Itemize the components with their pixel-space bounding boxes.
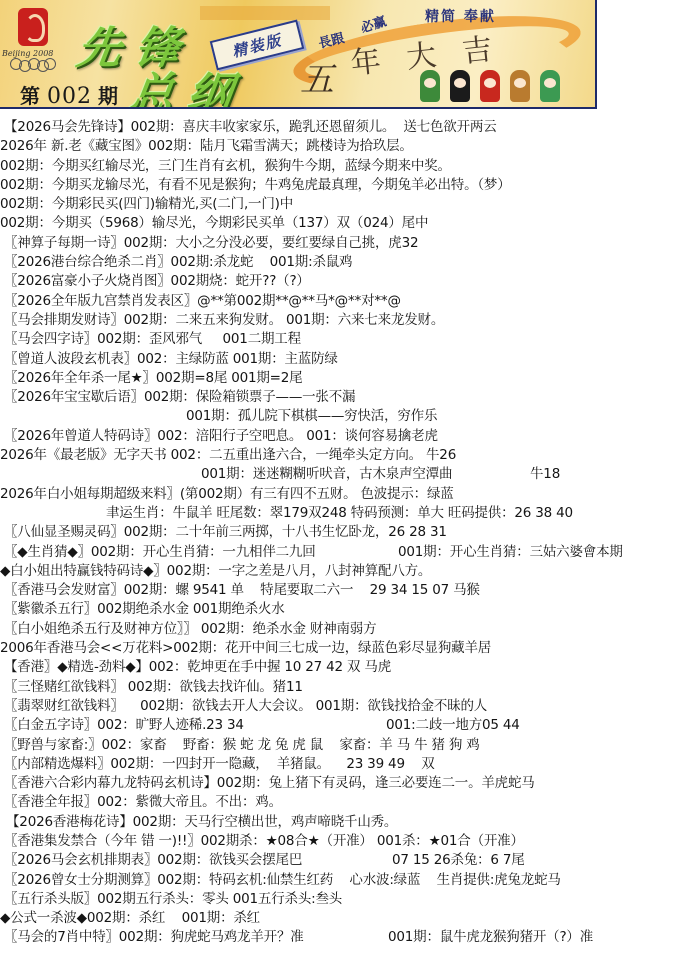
fuwa-mascots [420,70,560,102]
text-line-segment: 002期：今期买红输尽光，三门生肖有玄机，猴狗牛今期，蓝绿今期来中奖。 [0,157,451,176]
text-line: 2006年香港马会<<万花料>002期：花开中间三七成一边，绿蓝色彩尽显狗藏羊居 [0,639,688,658]
prediction-list: 【2026马会先锋诗】002期：喜庆丰收家家乐，跪乳还恩留须儿。 送七色欲开两云… [0,118,688,948]
text-line-segment: 〖紫徽杀五行〗002期绝杀水金 001期绝杀火水 [4,600,285,619]
mascot-icon [540,70,560,102]
text-line-segment: 〖马会四字诗〗002期：歪风邪气 001二期工程 [4,330,301,349]
text-line-segment: 001:二歧一地方05 44 [386,716,520,735]
text-line-segment: 〖野兽与家畜:〗002：家畜 野畜：猴 蛇 龙 兔 虎 鼠 家畜：羊 马 牛 猪… [4,736,480,755]
text-line: 001期：孤儿院下棋棋——穷快活，穷作乐 [0,407,688,426]
text-line: 〖香港马会发财富〗002期：螺 9541 单 特尾要取二六一 29 34 15 … [0,581,688,600]
text-line-segment: 001期：迷迷糊糊听吠音，古木泉声空潭曲 [201,465,452,484]
text-line: 〖三怪赌红欲钱料〗 002期：欲钱去找许仙。猪11 [0,678,688,697]
text-line-segment: 〖白小姐绝杀五行及财神方位〗〗 002期：绝杀水金 财神南弱方 [4,620,376,639]
issue-prefix: 第 [20,84,41,108]
text-line: 〖白小姐绝杀五行及财神方位〗〗 002期：绝杀水金 财神南弱方 [0,620,688,639]
text-line-segment: 牛18 [530,465,560,484]
header-banner: Beijing 2008 先锋 总纲 精装版 長跟 必赢 精简 奉献 年大吉 五… [0,0,597,109]
edition-badge: 精装版 [210,20,305,71]
text-line: 〖内部精选爆料〗002期：一四封开一隐藏， 羊猪鼠。 23 39 49 双 [0,755,688,774]
text-line-segment: 〖三怪赌红欲钱料〗 002期：欲钱去找许仙。猪11 [4,678,303,697]
text-line: 【香港〗◆精选-劲料◆】002：乾坤更在手中握 10 27 42 双 马虎 [0,658,688,677]
text-line-segment: 2006年香港马会<<万花料>002期：花开中间三七成一边，绿蓝色彩尽显狗藏羊居 [0,639,491,658]
text-line-segment: 〖香港集发禁合（今年 错 一)!!〗002期杀：★08合★（开准） 001杀：★… [4,832,524,851]
text-line: 2026年《最老版》无字天书 002：二五重出逢六合，一绳牵头定方向。 牛26 [0,446,688,465]
text-line-segment: 〖2026马会玄机排期表〗002期：欲钱买会摆尾巴 [4,851,302,870]
slogan-top: 精简 奉献 [425,6,496,26]
text-line-segment: 〖2026全年版九宫禁肖发表区〗@**第002期**@**马*@**对**@ [4,292,401,311]
text-line-segment: 〖翡翠财红欲钱料〗 002期：欲钱去开人大会议。 001期：欲钱找拾金不昧的人 [4,697,487,716]
mascot-icon [420,70,440,102]
text-line-segment: 07 15 26杀兔：6 7尾 [392,851,525,870]
text-line: 【2026香港梅花诗】002期：天马行空横出世，鸡声啼晓千山秀。 [0,813,688,832]
text-line: 【2026马会先锋诗】002期：喜庆丰收家家乐，跪乳还恩留须儿。 送七色欲开两云 [0,118,688,137]
text-line: 〖八仙显圣赐灵码〗002期：二十年前三两掷，十八书生忆卧龙，26 28 31 [0,523,688,542]
text-line-segment: 2026年 新.老《藏宝图》002期：陆月飞霜雪满天；跳楼诗为拾玖层。 [0,137,413,156]
text-line: 〖神算子每期一诗〗002期：大小之分没必要，要红要绿自己挑，虎32 [0,234,688,253]
text-line: 002期：今期买（5968）输尽光，今期彩民买单（137）双（024）尾中 [0,214,688,233]
text-line-segment: 【2026马会先锋诗】002期：喜庆丰收家家乐，跪乳还恩留须儿。 送七色欲开两云 [4,118,497,137]
text-line: 〖马会四字诗〗002期：歪风邪气 001二期工程 [0,330,688,349]
text-line: 〖2026年曾道人特码诗〗002：涪阳行子空吧息。 001：谈何容易擒老虎 [0,427,688,446]
text-line: 〖2026年全年杀一尾★〗002期=8尾 001期=2尾 [0,369,688,388]
text-line: 〖2026港台综合绝杀二肖〗002期:杀龙蛇 001期:杀鼠鸡 [0,253,688,272]
text-line-segment: ◆白小姐出特赢钱特码诗◆〗002期：一字之差是八月，八封神算配八方。 [0,562,431,581]
text-line-segment: 【2026香港梅花诗】002期：天马行空横出世，鸡声啼晓千山秀。 [6,813,397,832]
text-line: 〖紫徽杀五行〗002期绝杀水金 001期绝杀火水 [0,600,688,619]
text-line: 〖马会的7肖中特〗002期：狗虎蛇马鸡龙羊开？准001期：鼠牛虎龙猴狗猪开（?）… [0,928,688,947]
mascot-icon [450,70,470,102]
text-line-segment: 001期：开心生肖猜：三姑六婆會本期 [398,543,623,562]
text-line-segment: 001期：孤儿院下棋棋——穷快活，穷作乐 [186,407,437,426]
text-line: 〖2026曾女士分期测算〗002期：特码玄机:仙禁生红药 心水波:绿蓝 生肖提供… [0,871,688,890]
text-line-segment: 〖内部精选爆料〗002期：一四封开一隐藏， 羊猪鼠。 23 39 49 双 [4,755,435,774]
text-line: 〖香港全年报〗002：紫微大帝且。不出：鸡。 [0,793,688,812]
text-line-segment: 〖马会排期发财诗〗002期：二来五来狗发财。 001期：六来七来龙发财。 [4,311,444,330]
text-line-segment: 2026年白小姐每期超级来料〗(第002期）有三有四不五财。 色波提示：绿蓝 [0,485,454,504]
text-line-segment: 〖五行杀头版〗002期五行杀头：零头 001五行杀头:叁头 [4,890,342,909]
text-line: 〖翡翠财红欲钱料〗 002期：欲钱去开人大会议。 001期：欲钱找拾金不昧的人 [0,697,688,716]
text-line-segment: 〖曾道人波段玄机表〗002：主绿防蓝 001期：主蓝防绿 [4,350,338,369]
text-line: 002期：今期买龙输尽光，有看不见是猴狗；牛鸡兔虎最真理，今期兔羊必出特。（梦） [0,176,688,195]
text-line: 2026年 新.老《藏宝图》002期：陆月飞霜雪满天；跳楼诗为拾玖层。 [0,137,688,156]
text-line: 〖◆生肖猜◆〗002期：开心生肖猜：一九相伴二九回001期：开心生肖猜：三姑六婆… [0,543,688,562]
issue-suffix: 期 [98,84,119,108]
text-line-segment: 〖白金五字诗〗002：旷野人迹稀.23 34 [4,716,244,735]
text-line: 聿运生肖：牛鼠羊 旺尾数：翠179双248 特码预测：单大 旺码提供：26 38… [0,504,688,523]
text-line-segment: 【香港〗◆精选-劲料◆】002：乾坤更在手中握 10 27 42 双 马虎 [4,658,391,677]
issue-label: 第002期 [20,80,119,109]
text-line: 〖2026年宝宝歇后语〗002期：保险箱锁票子——一张不漏 [0,388,688,407]
text-line-segment: 〖香港马会发财富〗002期：螺 9541 单 特尾要取二六一 29 34 15 … [4,581,480,600]
text-line: 2026年白小姐每期超级来料〗(第002期）有三有四不五财。 色波提示：绿蓝 [0,485,688,504]
text-line-segment: 〖神算子每期一诗〗002期：大小之分没必要，要红要绿自己挑，虎32 [4,234,418,253]
text-line: 〖2026全年版九宫禁肖发表区〗@**第002期**@**马*@**对**@ [0,292,688,311]
text-line-segment: 002期：今期买（5968）输尽光，今期彩民买单（137）双（024）尾中 [0,214,428,233]
beijing-olympic-emblem-icon [18,8,48,46]
olympic-rings-icon [10,58,56,70]
text-line-segment: 002期：今期买龙输尽光，有看不见是猴狗；牛鸡兔虎最真理，今期兔羊必出特。（梦） [0,176,511,195]
text-line: 〖马会排期发财诗〗002期：二来五来狗发财。 001期：六来七来龙发财。 [0,311,688,330]
text-line: 〖2026富豪小子火烧肖图〗002期烧：蛇开??（?） [0,272,688,291]
banner-decoration [200,6,330,20]
text-line: 〖野兽与家畜:〗002：家畜 野畜：猴 蛇 龙 兔 虎 鼠 家畜：羊 马 牛 猪… [0,736,688,755]
text-line: 〖五行杀头版〗002期五行杀头：零头 001五行杀头:叁头 [0,890,688,909]
text-line-segment: 〖2026曾女士分期测算〗002期：特码玄机:仙禁生红药 心水波:绿蓝 生肖提供… [4,871,561,890]
text-line-segment: ◆公式一杀波◆002期：杀红 001期：杀红 [0,909,260,928]
text-line-segment: 〖2026港台综合绝杀二肖〗002期:杀龙蛇 001期:杀鼠鸡 [4,253,352,272]
text-line-segment: 2026年《最老版》无字天书 002：二五重出逢六合，一绳牵头定方向。 牛26 [0,446,456,465]
text-line-segment: 〖2026年宝宝歇后语〗002期：保险箱锁票子——一张不漏 [4,388,355,407]
text-line-segment: 002期：今期彩民买(四门)输精光,买(二门,一门)中 [0,195,293,214]
text-line: ◆白小姐出特赢钱特码诗◆〗002期：一字之差是八月，八封神算配八方。 [0,562,688,581]
text-line: 〖香港集发禁合（今年 错 一)!!〗002期杀：★08合★（开准） 001杀：★… [0,832,688,851]
text-line-segment: 〖2026富豪小子火烧肖图〗002期烧：蛇开??（?） [4,272,310,291]
issue-number: 002 [47,84,92,109]
text-line-segment: 〖◆生肖猜◆〗002期：开心生肖猜：一九相伴二九回 [4,543,316,562]
text-line-segment: 〖马会的7肖中特〗002期：狗虎蛇马鸡龙羊开？准 [4,928,304,947]
text-line-segment: 聿运生肖：牛鼠羊 旺尾数：翠179双248 特码预测：单大 旺码提供：26 38… [106,504,573,523]
text-line: 002期：今期买红输尽光，三门生肖有玄机，猴狗牛今期，蓝绿今期来中奖。 [0,157,688,176]
text-line-segment: 〖2026年全年杀一尾★〗002期=8尾 001期=2尾 [4,369,303,388]
text-line: 〖香港六合彩内幕九龙特码玄机诗】002期：兔上猪下有灵码，逢三必要连二一。羊虎蛇… [0,774,688,793]
mascot-icon [480,70,500,102]
text-line: 〖曾道人波段玄机表〗002：主绿防蓝 001期：主蓝防绿 [0,350,688,369]
beijing-2008-text: Beijing 2008 [2,49,53,58]
text-line: 002期：今期彩民买(四门)输精光,买(二门,一门)中 [0,195,688,214]
text-line-segment: 〖香港全年报〗002：紫微大帝且。不出：鸡。 [4,793,282,812]
text-line-segment: 〖香港六合彩内幕九龙特码玄机诗】002期：兔上猪下有灵码，逢三必要连二一。羊虎蛇… [4,774,535,793]
text-line-segment: 〖2026年曾道人特码诗〗002：涪阳行子空吧息。 001：谈何容易擒老虎 [4,427,438,446]
ribbon-text-first: 五 [300,52,334,101]
text-line: 〖2026马会玄机排期表〗002期：欲钱买会摆尾巴07 15 26杀兔：6 7尾 [0,851,688,870]
text-line: ◆公式一杀波◆002期：杀红 001期：杀红 [0,909,688,928]
text-line: 001期：迷迷糊糊听吠音，古木泉声空潭曲牛18 [0,465,688,484]
mascot-icon [510,70,530,102]
text-line-segment: 〖八仙显圣赐灵码〗002期：二十年前三两掷，十八书生忆卧龙，26 28 31 [4,523,447,542]
text-line-segment: 001期：鼠牛虎龙猴狗猪开（?）准 [388,928,593,947]
text-line: 〖白金五字诗〗002：旷野人迹稀.23 34001:二歧一地方05 44 [0,716,688,735]
